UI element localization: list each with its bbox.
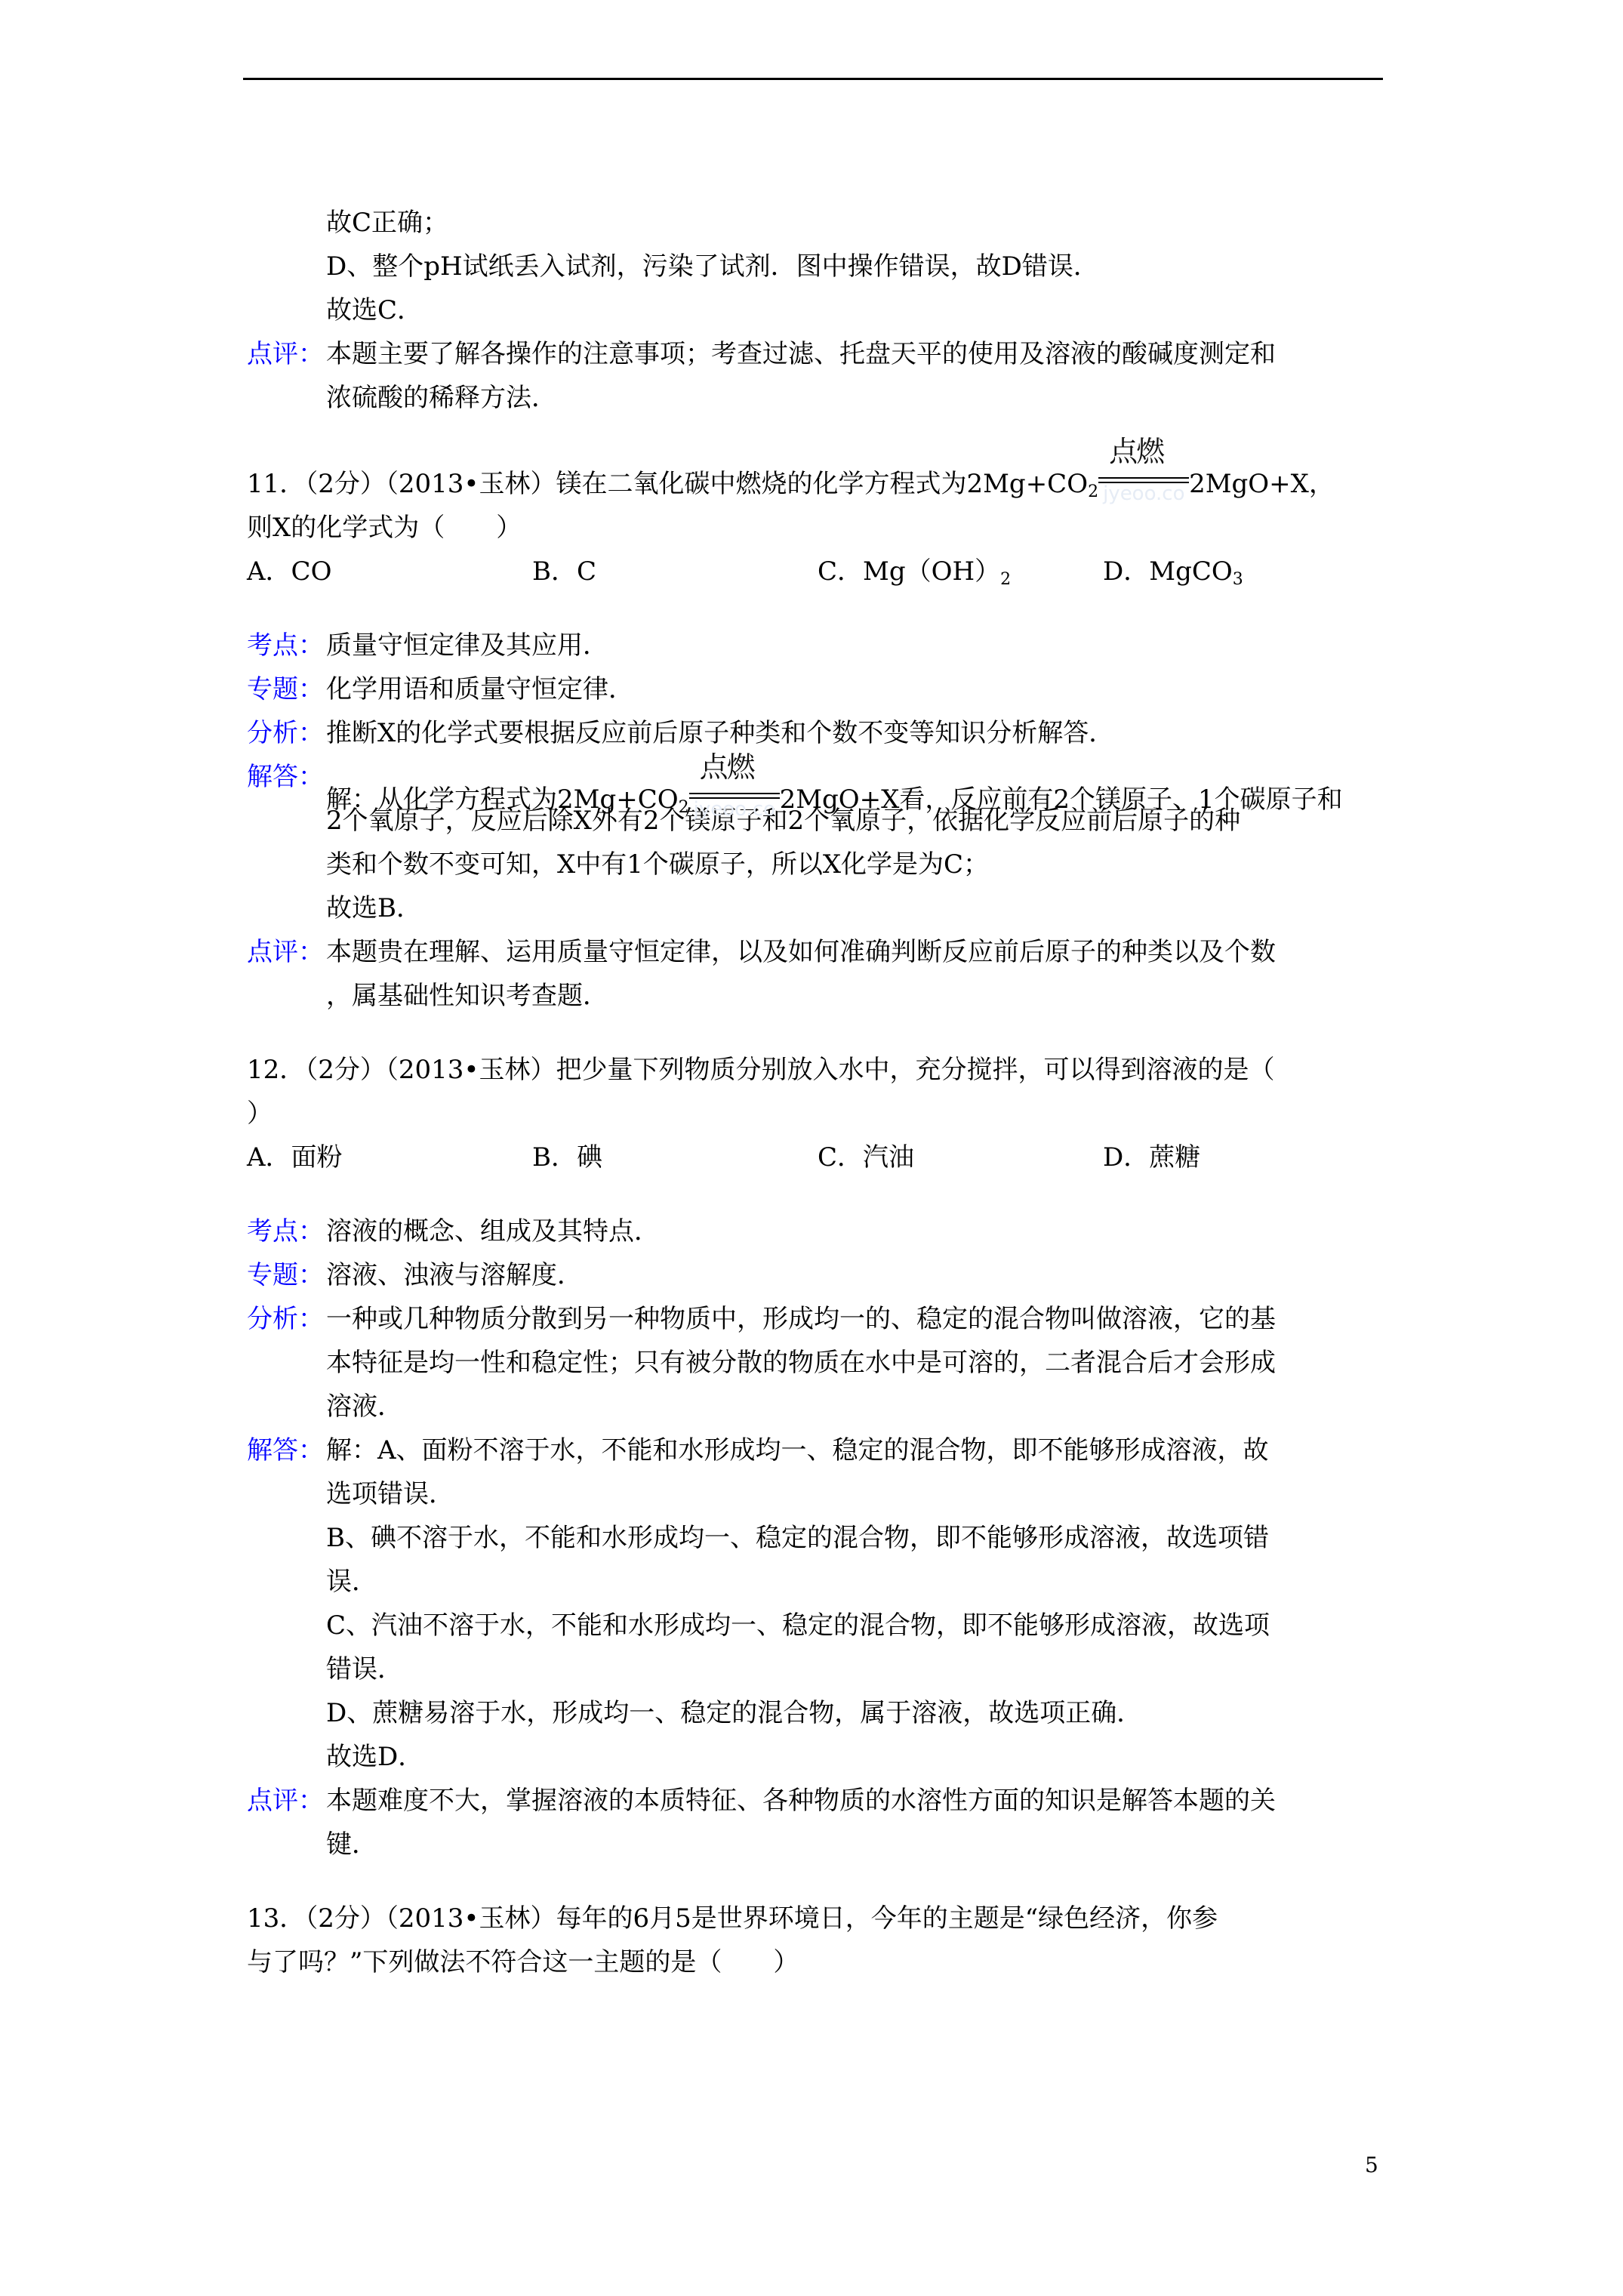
spacer [247, 1018, 1387, 1048]
reaction-arrow-icon: 点燃jyeoo.co [1098, 462, 1189, 506]
kaodian-label: 考点： [247, 1210, 326, 1253]
jieda-line: 故选D． [326, 1735, 1387, 1779]
kaodian-label: 考点： [247, 624, 326, 667]
answer-line: 故选C． [247, 288, 1387, 332]
stem-text: 11．（2分）（2013•玉林）镁在二氧化碳中燃烧的化学方程式为 [247, 469, 966, 499]
spacer [247, 1866, 1387, 1897]
spacer [247, 420, 1387, 462]
header-rule [243, 78, 1383, 80]
jieda-line: B、碘不溶于水，不能和水形成均一、稳定的混合物，即不能够形成溶液，故选项错 [326, 1516, 1387, 1560]
dianping-block: 点评： 本题贵在理解、运用质量守恒定律，以及如何准确判断反应前后原子的种类以及个… [247, 930, 1387, 1018]
chemical-equation: 2Mg+CO2点燃jyeoo.co2MgO+X， [966, 462, 1334, 506]
fenxi-block: 分析： 推断X的化学式要根据反应前后原子种类和个数不变等知识分析解答． [247, 711, 1387, 755]
chemical-equation: 2Mg+CO2点燃jyeoo.co2MgO+X看，反应前有2个镁原子、1个碳原子… [557, 778, 1343, 821]
option-a[interactable]: A．面粉 [247, 1136, 532, 1179]
fenxi-line: 一种或几种物质分散到另一种物质中，形成均一的、稳定的混合物叫做溶液，它的基 [326, 1297, 1387, 1341]
document-body: 故C正确； D、整个pH试纸丢入试剂，污染了试剂．图中操作错误，故D错误． 故选… [247, 201, 1387, 1984]
jieda-label: 解答： [247, 1428, 326, 1779]
question-stem: 11．（2分）（2013•玉林）镁在二氧化碳中燃烧的化学方程式为2Mg+CO2点… [247, 462, 1387, 506]
option-c[interactable]: C．Mg（OH）2 [818, 550, 1103, 593]
page-number: 5 [1365, 2153, 1378, 2177]
spacer [247, 1179, 1387, 1210]
options-row: A．CO B．C C．Mg（OH）2 D．MgCO3 [247, 550, 1387, 593]
dianping-line: 本题难度不大，掌握溶液的本质特征、各种物质的水溶性方面的知识是解答本题的关 [326, 1779, 1387, 1823]
dianping-label: 点评： [247, 930, 326, 1018]
question-11: 11．（2分）（2013•玉林）镁在二氧化碳中燃烧的化学方程式为2Mg+CO2点… [247, 462, 1387, 1018]
question-stem-line2: 则X的化学式为（ ） [247, 506, 1387, 550]
jieda-block: 解答： 解：A、面粉不溶于水，不能和水形成均一、稳定的混合物，即不能够形成溶液，… [247, 1428, 1387, 1779]
reaction-condition: 点燃 [1109, 436, 1163, 467]
dianping-label: 点评： [247, 1779, 326, 1866]
question-13: 13．（2分）（2013•玉林）每年的6月5是世界环境日，今年的主题是“绿色经济… [247, 1897, 1387, 1984]
fenxi-line: 本特征是均一性和稳定性；只有被分散的物质在水中是可溶的，二者混合后才会形成 [326, 1341, 1387, 1385]
option-d[interactable]: D．MgCO3 [1103, 550, 1388, 593]
dianping-block: 点评： 本题难度不大，掌握溶液的本质特征、各种物质的水溶性方面的知识是解答本题的… [247, 1779, 1387, 1866]
zhuanti-block: 专题： 化学用语和质量守恒定律． [247, 667, 1387, 711]
fenxi-label: 分析： [247, 711, 326, 755]
zhuanti-label: 专题： [247, 1253, 326, 1297]
reaction-arrow-icon: 点燃jyeoo.co [689, 778, 780, 821]
jieda-line: 故选B． [326, 886, 1387, 930]
spacer [247, 593, 1387, 624]
kaodian-text: 质量守恒定律及其应用． [326, 624, 1387, 667]
dianping-line: 本题贵在理解、运用质量守恒定律，以及如何准确判断反应前后原子的种类以及个数 [326, 930, 1387, 974]
kaodian-block: 考点： 质量守恒定律及其应用． [247, 624, 1387, 667]
question-12: 12．（2分）（2013•玉林）把少量下列物质分别放入水中，充分搅拌，可以得到溶… [247, 1048, 1387, 1866]
dianping-line: 键． [326, 1823, 1387, 1866]
zhuanti-block: 专题： 溶液、浊液与溶解度． [247, 1253, 1387, 1297]
watermark: jyeoo.co [1103, 483, 1184, 504]
fenxi-line: 溶液． [326, 1385, 1387, 1428]
question-stem: 与了吗？”下列做法不符合这一主题的是（ ） [247, 1940, 1387, 1984]
jieda-line: 解：从化学方程式为2Mg+CO2点燃jyeoo.co2MgO+X看，反应前有2个… [326, 755, 1387, 799]
option-c[interactable]: C．汽油 [818, 1136, 1103, 1179]
jieda-line: 类和个数不变可知，X中有1个碳原子，所以X化学是为C； [326, 843, 1387, 886]
zhuanti-text: 溶液、浊液与溶解度． [326, 1253, 1387, 1297]
jieda-line: 错误． [326, 1647, 1387, 1691]
jieda-line: D、蔗糖易溶于水，形成均一、稳定的混合物，属于溶液，故选项正确． [326, 1691, 1387, 1735]
jieda-line: 选项错误． [326, 1472, 1387, 1516]
zhuanti-text: 化学用语和质量守恒定律． [326, 667, 1387, 711]
dianping-line: ，属基础性知识考查题． [326, 974, 1387, 1018]
option-d[interactable]: D．蔗糖 [1103, 1136, 1388, 1179]
fenxi-label: 分析： [247, 1297, 326, 1428]
question-stem: ） [247, 1092, 1387, 1136]
jieda-line: 解：A、面粉不溶于水，不能和水形成均一、稳定的混合物，即不能够形成溶液，故 [326, 1428, 1387, 1472]
comment-label: 点评： [247, 332, 326, 420]
option-b[interactable]: B．C [532, 550, 818, 593]
jieda-line: C、汽油不溶于水，不能和水形成均一、稳定的混合物，即不能够形成溶液，故选项 [326, 1604, 1387, 1647]
zhuanti-label: 专题： [247, 667, 326, 711]
jieda-label: 解答： [247, 755, 326, 930]
options-row: A．面粉 B．碘 C．汽油 D．蔗糖 [247, 1136, 1387, 1179]
kaodian-block: 考点： 溶液的概念、组成及其特点． [247, 1210, 1387, 1253]
fenxi-block: 分析： 一种或几种物质分散到另一种物质中，形成均一的、稳定的混合物叫做溶液，它的… [247, 1297, 1387, 1428]
option-a[interactable]: A．CO [247, 550, 532, 593]
answer-line: 故C正确； [247, 201, 1387, 245]
equation-reactants: 2Mg+CO [966, 469, 1088, 499]
jieda-block: 解答： 解：从化学方程式为2Mg+CO2点燃jyeoo.co2MgO+X看，反应… [247, 755, 1387, 930]
subscript: 2 [1088, 482, 1098, 501]
comment-line: 浓硫酸的稀释方法． [326, 376, 1387, 420]
fenxi-text: 推断X的化学式要根据反应前后原子种类和个数不变等知识分析解答． [326, 711, 1387, 755]
jieda-line: 误． [326, 1560, 1387, 1604]
option-b[interactable]: B．碘 [532, 1136, 818, 1179]
equation-products: 2MgO+X， [1189, 469, 1335, 499]
question-stem: 13．（2分）（2013•玉林）每年的6月5是世界环境日，今年的主题是“绿色经济… [247, 1897, 1387, 1940]
question-stem: 12．（2分）（2013•玉林）把少量下列物质分别放入水中，充分搅拌，可以得到溶… [247, 1048, 1387, 1092]
prev-question-tail: 故C正确； D、整个pH试纸丢入试剂，污染了试剂．图中操作错误，故D错误． 故选… [247, 201, 1387, 420]
answer-line: D、整个pH试纸丢入试剂，污染了试剂．图中操作错误，故D错误． [247, 245, 1387, 288]
comment-block: 点评： 本题主要了解各操作的注意事项；考查过滤、托盘天平的使用及溶液的酸碱度测定… [247, 332, 1387, 420]
kaodian-text: 溶液的概念、组成及其特点． [326, 1210, 1387, 1253]
comment-line: 本题主要了解各操作的注意事项；考查过滤、托盘天平的使用及溶液的酸碱度测定和 [326, 332, 1387, 376]
